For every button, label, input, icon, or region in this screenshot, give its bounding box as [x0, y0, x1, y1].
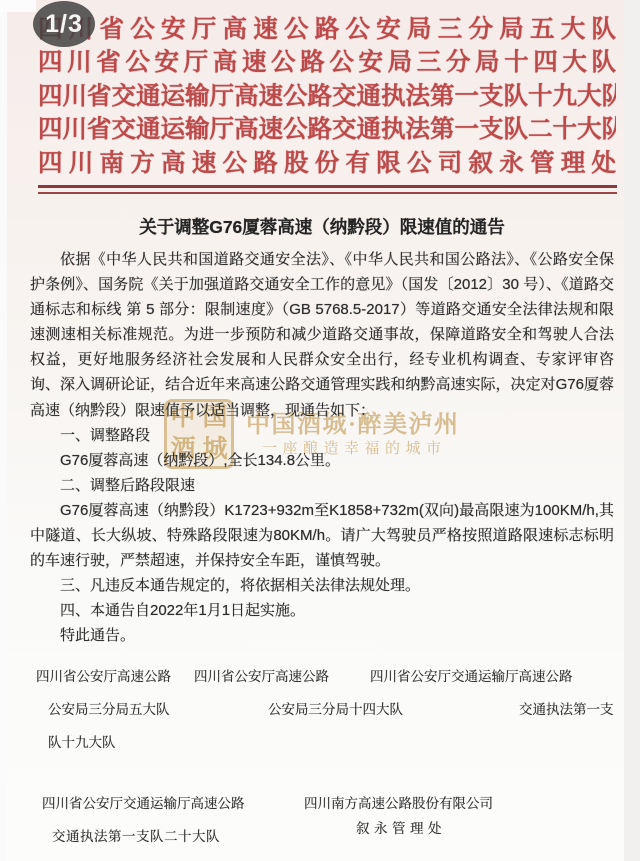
signature-dept: 交通执法第一支队二十大队: [52, 825, 220, 845]
signature-dept-continued: 队十九大队: [48, 731, 116, 751]
notice-paragraph: 依据《中华人民共和国道路交通安全法》、《中华人民共和国公路法》、《公路安全保护条…: [30, 247, 614, 423]
signature-org: 四川省公安厅交通运输厅高速公路: [370, 665, 573, 685]
signature-dept: 叙永管理处: [356, 817, 446, 837]
letterhead-line: 四川省公安厅高速公路公安局三分局五大队: [38, 13, 616, 46]
letterhead-line: 四川省交通运输厅高速公路交通执法第一支队十九大队: [38, 80, 616, 113]
notice-paragraph: 一、调整路段: [30, 423, 614, 448]
letterhead-line: 四川省交通运输厅高速公路交通执法第一支队二十大队: [38, 113, 616, 146]
notice-body: 依据《中华人民共和国道路交通安全法》、《中华人民共和国公路法》、《公路安全保护条…: [30, 247, 614, 649]
signature-org: 四川省公安厅高速公路: [194, 665, 329, 685]
notice-title: 关于调整G76厦蓉高速（纳黔段）限速值的通告: [30, 214, 614, 239]
page-counter-text: 1/3: [45, 10, 83, 39]
letterhead: 四川省公安厅高速公路公安局三分局五大队 四川省公安厅高速公路公安局三分局十四大队…: [38, 13, 616, 180]
photo-edge-right: [624, 0, 640, 861]
signature-dept: 公安局三分局十四大队: [268, 698, 403, 718]
letterhead-line: 四川南方高速公路股份有限公司叙永管理处: [38, 147, 616, 180]
page-counter-badge: 1/3: [33, 1, 95, 47]
notice-paragraph: 四、本通告自2022年1月1日起实施。: [30, 598, 614, 623]
photo-corner-top: [0, 0, 36, 12]
document-photo-background: 1/3 四川省公安厅高速公路公安局三分局五大队 四川省公安厅高速公路公安局三分局…: [0, 0, 640, 861]
signature-dept: 交通执法第一支: [519, 698, 614, 718]
notice-paragraph: 三、凡违反本通告规定的，将依据相关法律法规处理。: [30, 573, 614, 598]
signature-org: 四川南方高速公路股份有限公司: [304, 792, 493, 812]
notice-paragraph: G76厦蓉高速（纳黔段）K1723+932m至K1858+732m(双向)最高限…: [30, 498, 614, 573]
signature-dept: 公安局三分局五大队: [48, 698, 170, 718]
letterhead-line: 四川省公安厅高速公路公安局三分局十四大队: [38, 46, 616, 79]
signature-org: 四川省公安厅高速公路: [36, 665, 171, 685]
notice-paragraph: 特此通告。: [30, 623, 614, 648]
double-red-rule: [38, 185, 617, 194]
photo-edge-left: [0, 0, 7, 861]
signature-org: 四川省公安厅交通运输厅高速公路: [42, 792, 245, 812]
notice-paragraph: G76厦蓉高速（纳黔段）,全长134.8公里。: [30, 448, 614, 473]
notice-paragraph: 二、调整后路段限速: [30, 473, 614, 498]
